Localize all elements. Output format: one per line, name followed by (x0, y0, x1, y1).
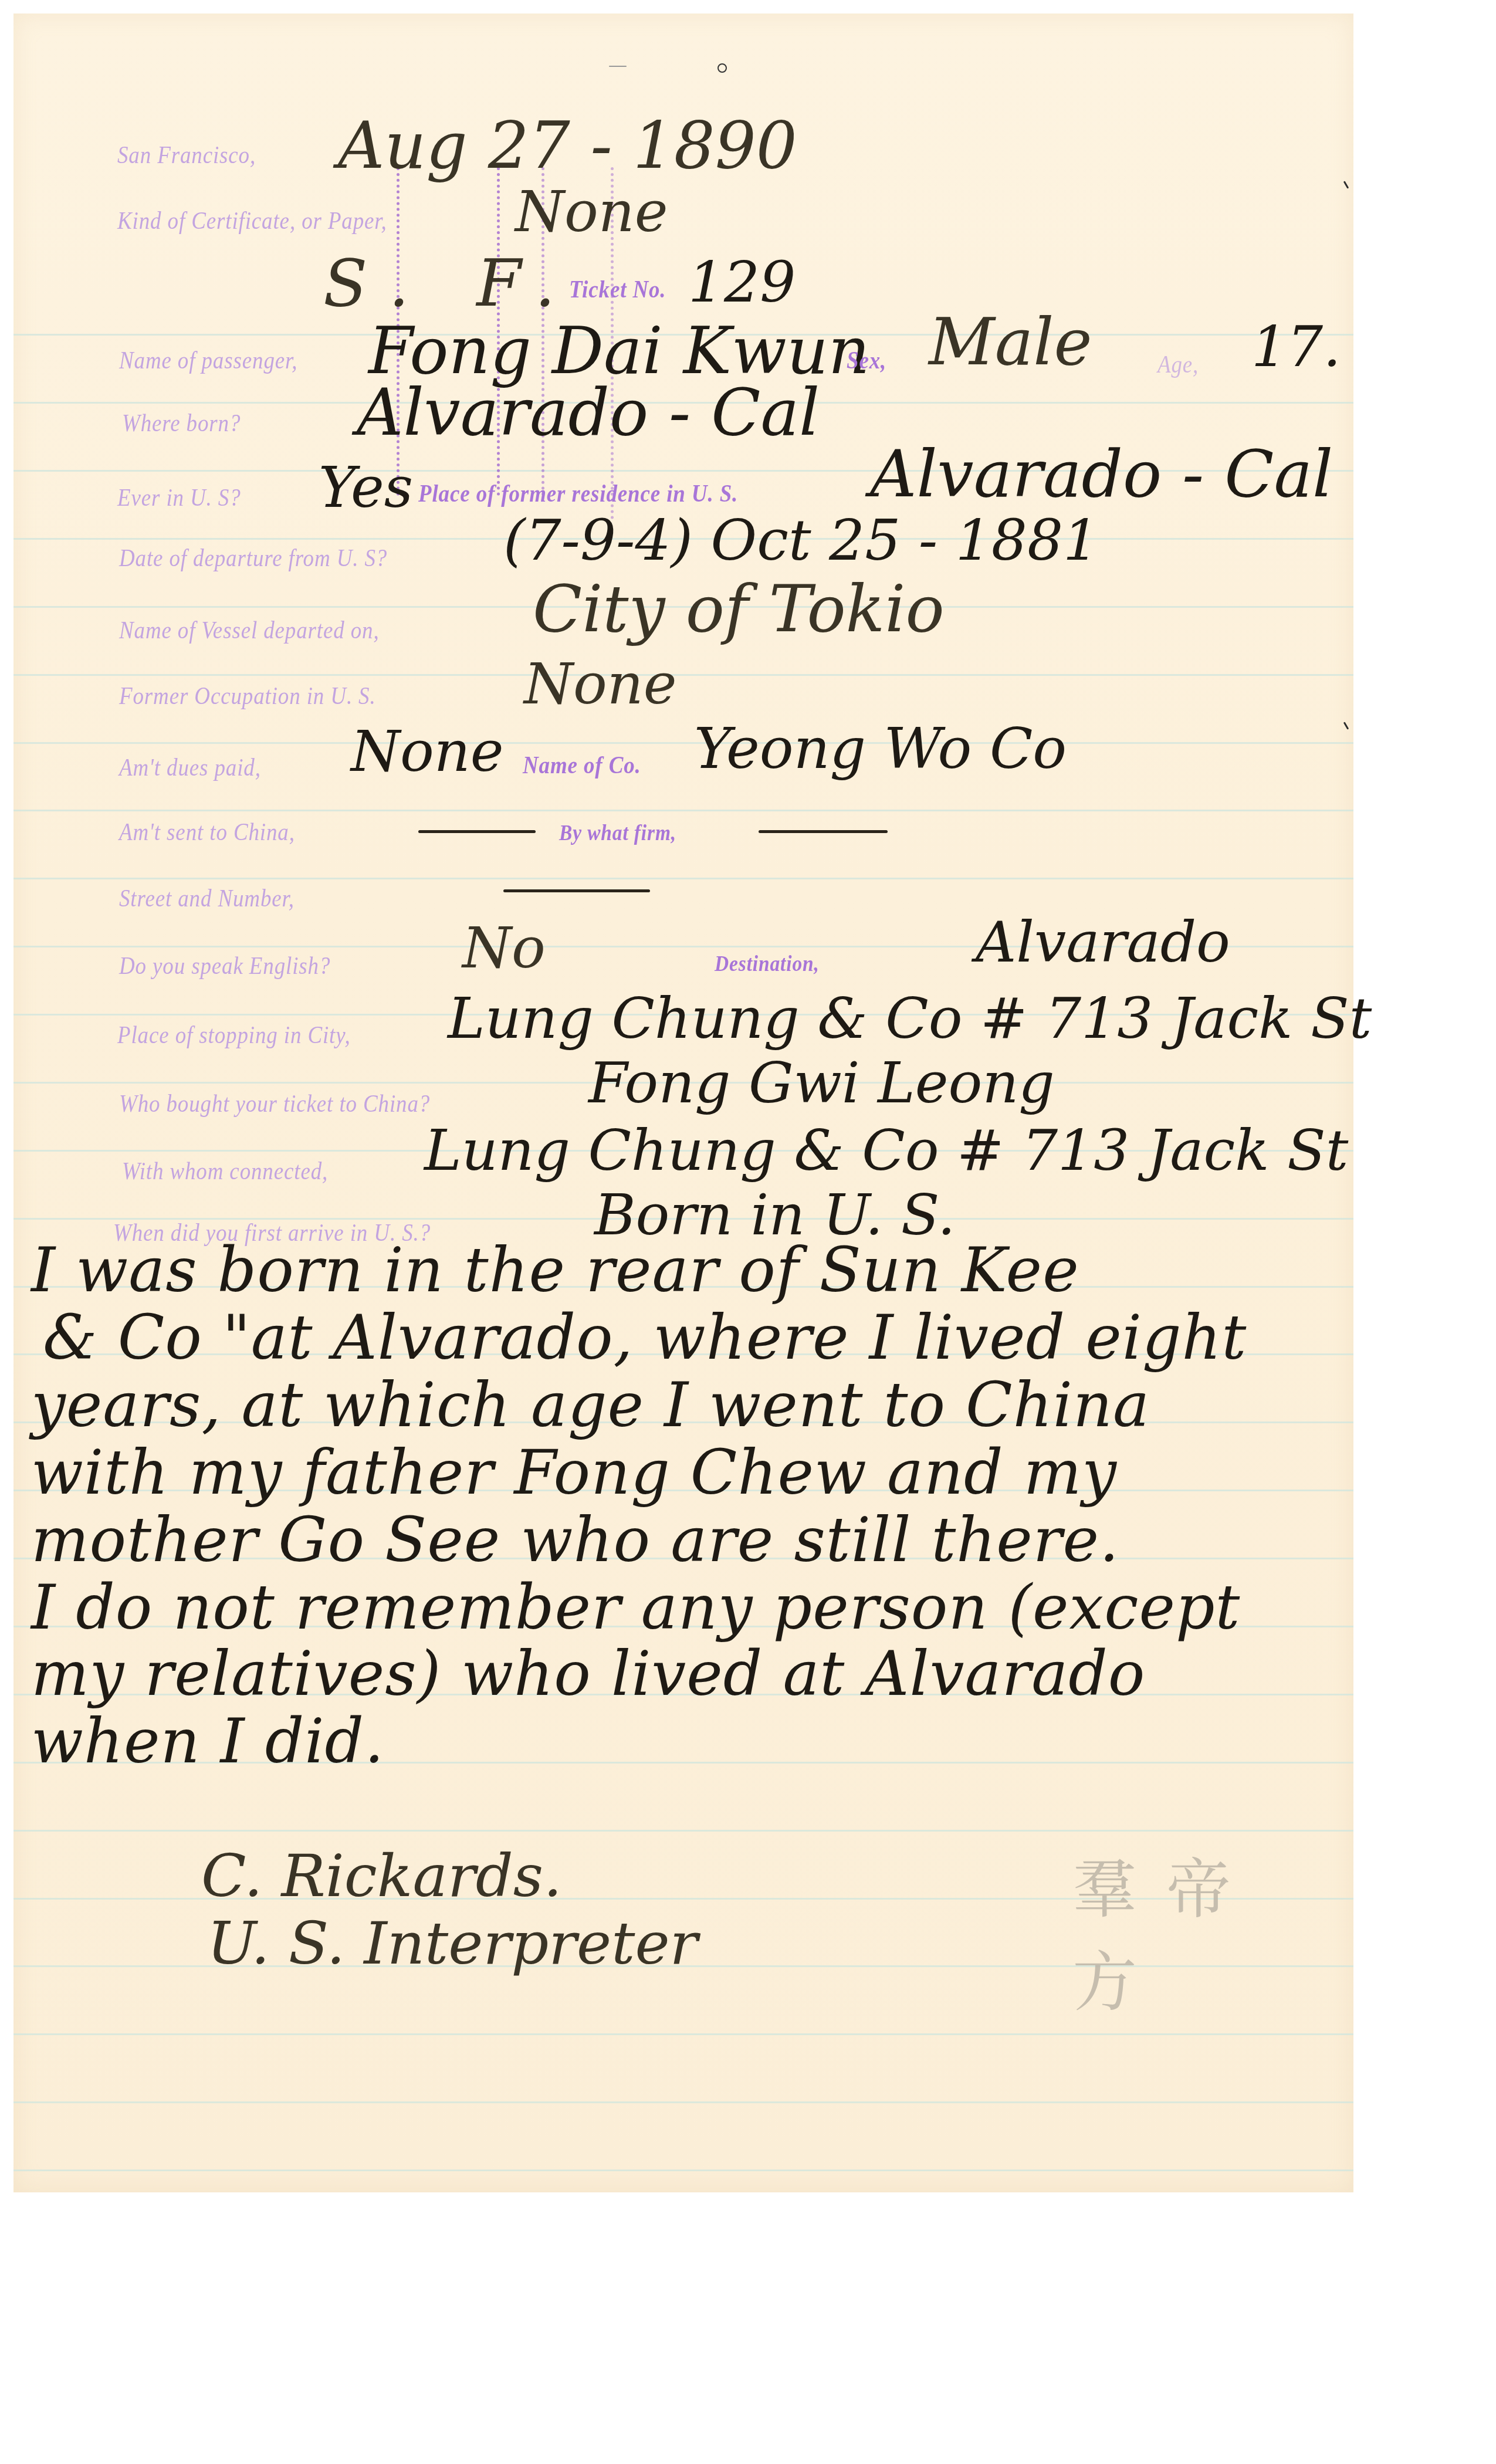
born-label: Where born? (122, 409, 241, 438)
statement-line: mother Go See who are still there. (31, 1509, 1119, 1571)
ink-speck (609, 66, 627, 67)
margin-mark (1343, 722, 1349, 730)
place-label: San Francisco, (117, 141, 256, 170)
firm-value-dash (759, 830, 888, 833)
english-label: Do you speak English? (119, 952, 330, 980)
stopping-label: Place of stopping in City, (117, 1021, 351, 1050)
chinese-name-pencil: 羣帝方 (1072, 1838, 1353, 2023)
company-label: Name of Co. (523, 752, 641, 780)
former-residence-label: Place of former residence in U. S. (418, 480, 738, 508)
ticket-buyer-value: Fong Gwi Leong (588, 1055, 1055, 1111)
rule-line (13, 1830, 1353, 1832)
ticket-value: 129 (688, 254, 796, 310)
connected-label: With whom connected, (122, 1157, 328, 1186)
sent-label: Am't sent to China, (119, 818, 295, 847)
ticket-label: Ticket No. (569, 276, 666, 304)
rule-line (13, 2169, 1353, 2171)
vessel-value: City of Tokio (533, 577, 945, 641)
occupation-value: None (524, 656, 676, 712)
statement-line: when I did. (31, 1711, 384, 1772)
connected-value: Lung Chung & Co # 713 Jack St (424, 1122, 1348, 1179)
company-value: Yeong Wo Co (694, 720, 1067, 777)
dues-label: Am't dues paid, (119, 754, 261, 782)
former-residence-value: Alvarado - Cal (870, 442, 1333, 506)
english-value: No (462, 920, 546, 976)
destination-value: Alvarado (976, 914, 1230, 970)
sex-value: Male (929, 310, 1092, 374)
street-value-dash (503, 889, 650, 892)
rule-line (13, 674, 1353, 676)
statement-line: I do not remember any person (except (31, 1577, 1240, 1638)
rule-line (13, 810, 1353, 811)
statement-line: my relatives) who lived at Alvarado (31, 1643, 1145, 1704)
margin-mark (1343, 181, 1349, 189)
departure-label: Date of departure from U. S? (119, 544, 387, 573)
signature-title: U. S. Interpreter (207, 1914, 698, 1973)
rule-line (13, 742, 1353, 744)
statement-line: with my father Fong Chew and my (31, 1442, 1117, 1503)
age-label: Age, (1157, 351, 1199, 379)
certificate-label: Kind of Certificate, or Paper, (117, 207, 387, 235)
ever-value: Yes (319, 459, 413, 516)
age-value: 17. (1251, 319, 1341, 375)
sex-label: Sex, (847, 347, 886, 375)
stamp-initials: S. F. (323, 251, 579, 316)
stopping-value: Lung Chung & Co # 713 Jack St (448, 990, 1372, 1047)
departure-value: (7-9-4) Oct 25 - 1881 (503, 512, 1099, 568)
rule-line (13, 878, 1353, 879)
date-value: Aug 27 - 1890 (338, 113, 797, 178)
name-value: Fong Dai Kwun (368, 319, 870, 383)
ever-label: Ever in U. S? (117, 484, 241, 512)
street-label: Street and Number, (119, 885, 295, 913)
certificate-value: None (515, 184, 668, 240)
vessel-label: Name of Vessel departed on, (119, 617, 380, 645)
rule-line (13, 2033, 1353, 2035)
statement-line: & Co "at Alvarado, where I lived eight (43, 1307, 1247, 1368)
statement-line: I was born in the rear of Sun Kee (31, 1240, 1079, 1301)
firm-label: By what firm, (559, 820, 676, 846)
sent-value-dash (418, 830, 536, 833)
dues-value: None (351, 723, 503, 780)
destination-label: Destination, (715, 951, 820, 977)
born-value: Alvarado - Cal (357, 380, 820, 445)
occupation-label: Former Occupation in U. S. (119, 682, 376, 710)
name-label: Name of passenger, (119, 347, 297, 375)
ink-speck (717, 63, 727, 73)
rule-line (13, 2101, 1353, 2103)
statement-line: years, at which age I went to China (31, 1375, 1150, 1436)
signature-name: C. Rickards. (201, 1847, 562, 1905)
document-page: San Francisco, Aug 27 - 1890 Kind of Cer… (13, 13, 1353, 2192)
ticket-buyer-label: Who bought your ticket to China? (119, 1090, 430, 1118)
